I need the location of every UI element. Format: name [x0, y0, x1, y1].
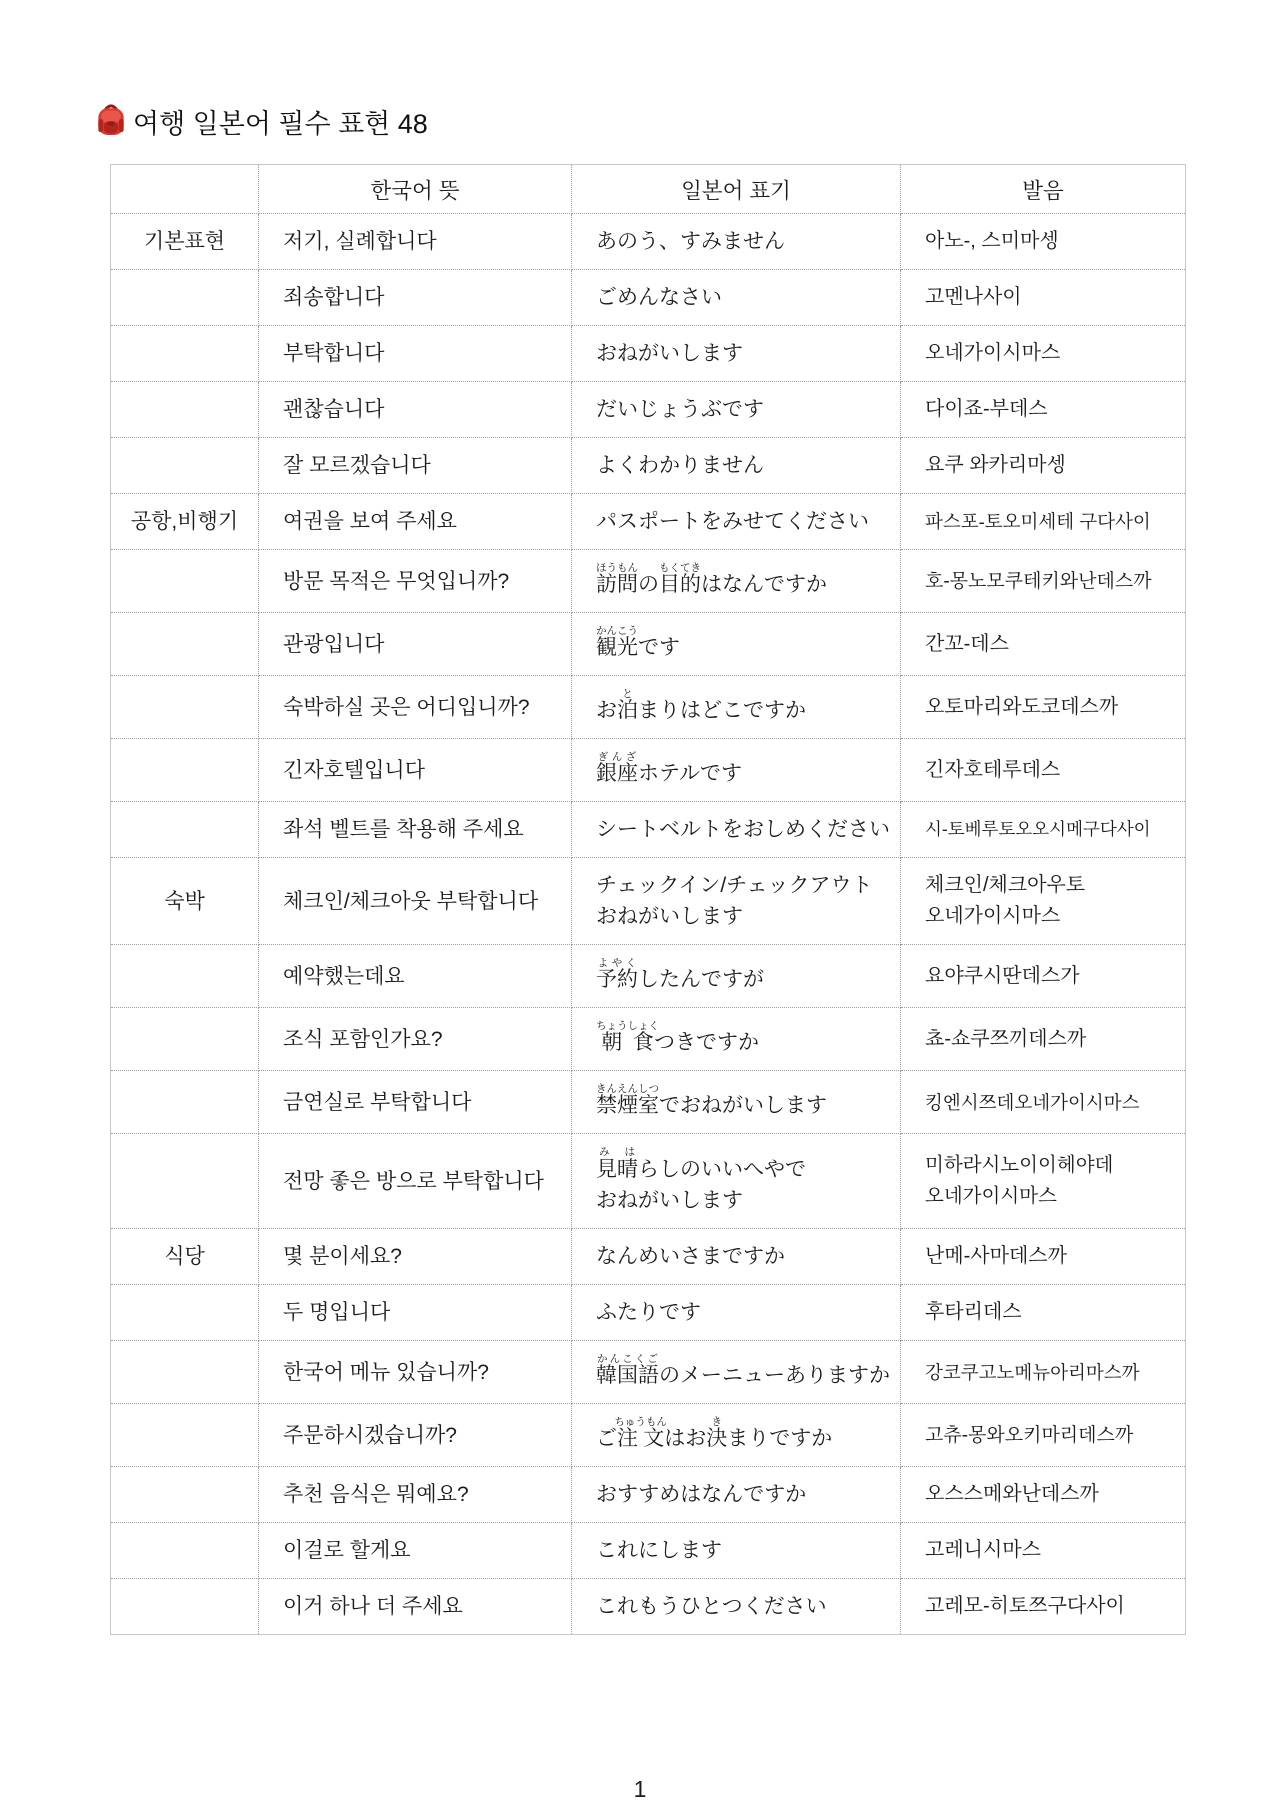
pronunciation-cell: 강코쿠고노메뉴아리마스까 [901, 1341, 1186, 1404]
header-category [111, 165, 259, 214]
table-row: 예약했는데요予約よやくしたんですが요야쿠시딴데스가 [111, 945, 1186, 1008]
table-row: 관광입니다観光かんこうです간꼬-데스 [111, 613, 1186, 676]
japanese-cell: 見晴み はらしのいいへやでおねがいします [572, 1134, 901, 1229]
korean-cell: 저기, 실례합니다 [259, 214, 572, 270]
table-row: 전망 좋은 방으로 부탁합니다見晴み はらしのいいへやでおねがいします미하라시노… [111, 1134, 1186, 1229]
category-cell [111, 1523, 259, 1579]
category-cell: 공항,비행기 [111, 494, 259, 550]
pronunciation-cell: 체크인/체크아우토오네가이시마스 [901, 858, 1186, 945]
category-cell [111, 270, 259, 326]
table-row: 금연실로 부탁합니다禁煙室きんえんしつでおねがいします킹엔시쯔데오네가이시마스 [111, 1071, 1186, 1134]
table-row: 공항,비행기여권을 보여 주세요パスポートをみせてください파스포-토오미세테 구… [111, 494, 1186, 550]
pronunciation-cell: 다이죠-부데스 [901, 382, 1186, 438]
category-cell [111, 802, 259, 858]
japanese-cell: だいじょうぶです [572, 382, 901, 438]
category-cell [111, 1008, 259, 1071]
japanese-cell: 銀座ぎんざホテルです [572, 739, 901, 802]
pronunciation-cell: 킹엔시쯔데오네가이시마스 [901, 1071, 1186, 1134]
category-cell [111, 1404, 259, 1467]
table-row: 두 명입니다ふたりです후타리데스 [111, 1285, 1186, 1341]
category-cell [111, 945, 259, 1008]
table-row: 긴자호텔입니다銀座ぎんざホテルです긴자호테루데스 [111, 739, 1186, 802]
backpack-icon [96, 102, 126, 145]
category-cell [111, 1071, 259, 1134]
korean-cell: 전망 좋은 방으로 부탁합니다 [259, 1134, 572, 1229]
korean-cell: 금연실로 부탁합니다 [259, 1071, 572, 1134]
category-cell [111, 382, 259, 438]
japanese-cell: お泊とまりはどこですか [572, 676, 901, 739]
japanese-cell: パスポートをみせてください [572, 494, 901, 550]
korean-cell: 이거 하나 더 주세요 [259, 1579, 572, 1635]
korean-cell: 예약했는데요 [259, 945, 572, 1008]
japanese-cell: 予約よやくしたんですが [572, 945, 901, 1008]
japanese-cell: よくわかりません [572, 438, 901, 494]
pronunciation-cell: 긴자호테루데스 [901, 739, 1186, 802]
phrase-table: 한국어 뜻 일본어 표기 발음 기본표현저기, 실례합니다あのう、すみません아노… [110, 164, 1186, 1635]
japanese-cell: 禁煙室きんえんしつでおねがいします [572, 1071, 901, 1134]
category-cell [111, 438, 259, 494]
korean-cell: 두 명입니다 [259, 1285, 572, 1341]
table-row: 주문하시겠습니까?ご注文ちゅうもんはお決きまりですか고츄-몽와오키마리데스까 [111, 1404, 1186, 1467]
category-cell: 숙박 [111, 858, 259, 945]
korean-cell: 숙박하실 곳은 어디입니까? [259, 676, 572, 739]
category-cell [111, 1134, 259, 1229]
pronunciation-cell: 고레니시마스 [901, 1523, 1186, 1579]
korean-cell: 괜찮습니다 [259, 382, 572, 438]
category-cell: 기본표현 [111, 214, 259, 270]
japanese-cell: ふたりです [572, 1285, 901, 1341]
japanese-cell: おねがいします [572, 326, 901, 382]
korean-cell: 체크인/체크아웃 부탁합니다 [259, 858, 572, 945]
category-cell [111, 326, 259, 382]
header-row: 한국어 뜻 일본어 표기 발음 [111, 165, 1186, 214]
korean-cell: 조식 포함인가요? [259, 1008, 572, 1071]
table-row: 죄송합니다ごめんなさい고멘나사이 [111, 270, 1186, 326]
page-title: 여행 일본어 필수 표현 48 [133, 106, 428, 142]
korean-cell: 여권을 보여 주세요 [259, 494, 572, 550]
korean-cell: 부탁합니다 [259, 326, 572, 382]
korean-cell: 주문하시겠습니까? [259, 1404, 572, 1467]
japanese-cell: 訪問ほうもんの目的もくてきはなんですか [572, 550, 901, 613]
page-number: 1 [0, 1776, 1280, 1803]
korean-cell: 관광입니다 [259, 613, 572, 676]
table-row: 좌석 벨트를 착용해 주세요シートベルトをおしめください시-토베루토오오시메구다… [111, 802, 1186, 858]
pronunciation-cell: 후타리데스 [901, 1285, 1186, 1341]
japanese-cell: 朝食ちょうしょくつきですか [572, 1008, 901, 1071]
category-cell [111, 550, 259, 613]
japanese-cell: チェックイン/チェックアウトおねがいします [572, 858, 901, 945]
table-row: 조식 포함인가요?朝食ちょうしょくつきですか쵸-쇼쿠쯔끼데스까 [111, 1008, 1186, 1071]
korean-cell: 몇 분이세요? [259, 1229, 572, 1285]
category-cell: 식당 [111, 1229, 259, 1285]
header-pronunciation: 발음 [901, 165, 1186, 214]
table-row: 숙박체크인/체크아웃 부탁합니다チェックイン/チェックアウトおねがいします체크인… [111, 858, 1186, 945]
pronunciation-cell: 오토마리와도코데스까 [901, 676, 1186, 739]
category-cell [111, 1579, 259, 1635]
category-cell [111, 613, 259, 676]
category-cell [111, 1285, 259, 1341]
japanese-cell: 韓国語かんこくごのメーニューありますか [572, 1341, 901, 1404]
japanese-cell: ご注文ちゅうもんはお決きまりですか [572, 1404, 901, 1467]
table-row: 부탁합니다おねがいします오네가이시마스 [111, 326, 1186, 382]
korean-cell: 좌석 벨트를 착용해 주세요 [259, 802, 572, 858]
japanese-cell: なんめいさまですか [572, 1229, 901, 1285]
table-row: 이거 하나 더 주세요これもうひとつください고레모-히토쯔구다사이 [111, 1579, 1186, 1635]
table-row: 괜찮습니다だいじょうぶです다이죠-부데스 [111, 382, 1186, 438]
japanese-cell: ごめんなさい [572, 270, 901, 326]
japanese-cell: これもうひとつください [572, 1579, 901, 1635]
pronunciation-cell: 쵸-쇼쿠쯔끼데스까 [901, 1008, 1186, 1071]
pronunciation-cell: 오네가이시마스 [901, 326, 1186, 382]
pronunciation-cell: 고레모-히토쯔구다사이 [901, 1579, 1186, 1635]
table-row: 추천 음식은 뭐예요?おすすめはなんですか오스스메와난데스까 [111, 1467, 1186, 1523]
phrase-table-body: 기본표현저기, 실례합니다あのう、すみません아노-, 스미마셍죄송합니다ごめんな… [111, 214, 1186, 1635]
category-cell [111, 1341, 259, 1404]
header-korean: 한국어 뜻 [259, 165, 572, 214]
table-row: 숙박하실 곳은 어디입니까?お泊とまりはどこですか오토마리와도코데스까 [111, 676, 1186, 739]
japanese-cell: シートベルトをおしめください [572, 802, 901, 858]
korean-cell: 추천 음식은 뭐예요? [259, 1467, 572, 1523]
table-row: 식당몇 분이세요?なんめいさまですか난메-사마데스까 [111, 1229, 1186, 1285]
table-row: 기본표현저기, 실례합니다あのう、すみません아노-, 스미마셍 [111, 214, 1186, 270]
category-cell [111, 1467, 259, 1523]
pronunciation-cell: 시-토베루토오오시메구다사이 [901, 802, 1186, 858]
table-row: 한국어 메뉴 있습니까?韓国語かんこくごのメーニューありますか강코쿠고노메뉴아리… [111, 1341, 1186, 1404]
pronunciation-cell: 고멘나사이 [901, 270, 1186, 326]
header-japanese: 일본어 표기 [572, 165, 901, 214]
pronunciation-cell: 미하라시노이이헤야데오네가이시마스 [901, 1134, 1186, 1229]
korean-cell: 죄송합니다 [259, 270, 572, 326]
pronunciation-cell: 호-몽노모쿠테키와난데스까 [901, 550, 1186, 613]
korean-cell: 한국어 메뉴 있습니까? [259, 1341, 572, 1404]
japanese-cell: 観光かんこうです [572, 613, 901, 676]
pronunciation-cell: 요쿠 와카리마셍 [901, 438, 1186, 494]
category-cell [111, 676, 259, 739]
pronunciation-cell: 파스포-토오미세테 구다사이 [901, 494, 1186, 550]
korean-cell: 방문 목적은 무엇입니까? [259, 550, 572, 613]
table-row: 이걸로 할게요これにします고레니시마스 [111, 1523, 1186, 1579]
korean-cell: 긴자호텔입니다 [259, 739, 572, 802]
category-cell [111, 739, 259, 802]
table-row: 잘 모르겠습니다よくわかりません요쿠 와카리마셍 [111, 438, 1186, 494]
korean-cell: 이걸로 할게요 [259, 1523, 572, 1579]
japanese-cell: これにします [572, 1523, 901, 1579]
korean-cell: 잘 모르겠습니다 [259, 438, 572, 494]
pronunciation-cell: 요야쿠시딴데스가 [901, 945, 1186, 1008]
pronunciation-cell: 오스스메와난데스까 [901, 1467, 1186, 1523]
table-row: 방문 목적은 무엇입니까?訪問ほうもんの目的もくてきはなんですか호-몽노모쿠테키… [111, 550, 1186, 613]
page-title-row: 여행 일본어 필수 표현 48 [96, 102, 428, 145]
japanese-cell: あのう、すみません [572, 214, 901, 270]
pronunciation-cell: 난메-사마데스까 [901, 1229, 1186, 1285]
pronunciation-cell: 고츄-몽와오키마리데스까 [901, 1404, 1186, 1467]
pronunciation-cell: 간꼬-데스 [901, 613, 1186, 676]
pronunciation-cell: 아노-, 스미마셍 [901, 214, 1186, 270]
japanese-cell: おすすめはなんですか [572, 1467, 901, 1523]
